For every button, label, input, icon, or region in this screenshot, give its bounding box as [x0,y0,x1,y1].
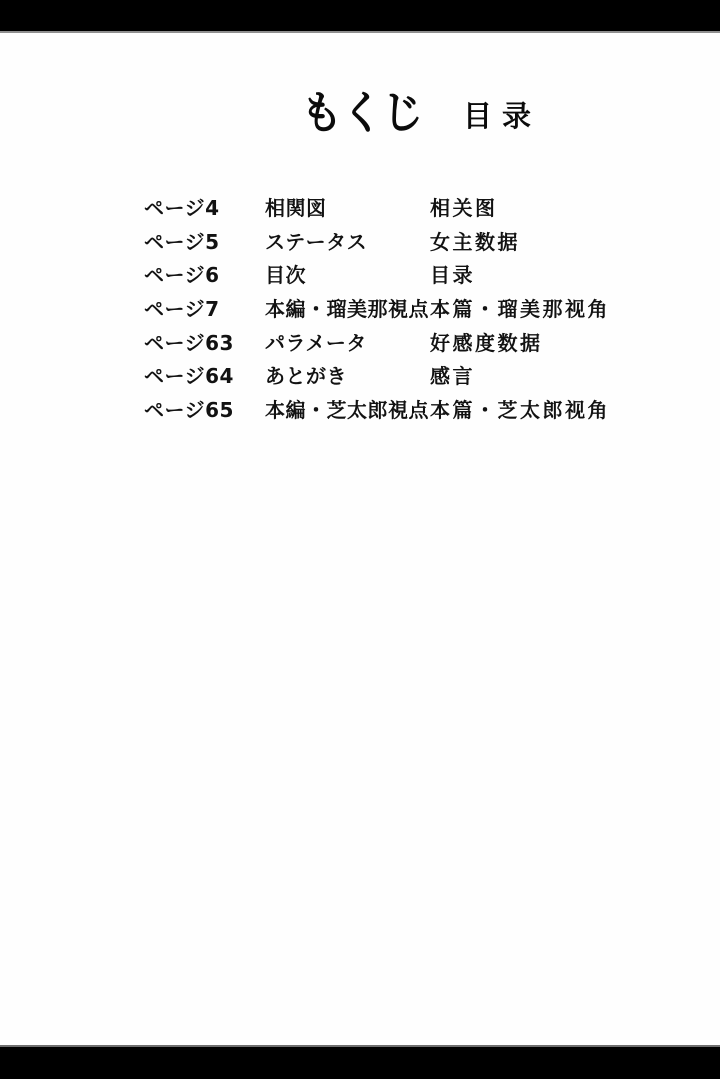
toc-entry-title-cn: 本篇・瑠美那视角 [430,293,614,322]
page-title: もくじ 目录 [301,76,541,141]
toc-entry-title-cn: 女主数据 [430,226,614,255]
toc-entry-title-cn: 目录 [430,259,614,288]
toc-page-number: ページ5 [144,226,265,255]
page-title-japanese: もくじ [301,76,422,141]
toc-page-number: ページ6 [144,259,265,288]
page-title-chinese: 目录 [463,94,541,135]
table-of-contents: ページ4 相関図 相关图 ページ5 ステータス 女主数据 ページ6 目次 目录 … [144,190,614,425]
toc-entry-title-jp: 目次 [265,259,430,288]
scanned-toc-page: もくじ 目录 ページ4 相関図 相关图 ページ5 ステータス 女主数据 ページ6… [0,0,720,1079]
toc-row: ページ7 本編・瑠美那視点 本篇・瑠美那视角 [144,291,614,325]
toc-entry-title-cn: 本篇・芝太郎视角 [430,394,614,423]
toc-entry-title-jp: 相関図 [265,192,430,221]
toc-row: ページ5 ステータス 女主数据 [144,224,614,258]
toc-entry-title-cn: 感言 [430,360,614,389]
letterbox-bar-bottom [0,1045,720,1079]
toc-page-number: ページ63 [144,327,265,356]
toc-entry-title-jp: 本編・芝太郎視点 [265,394,430,423]
toc-page-number: ページ4 [144,192,265,221]
toc-entry-title-cn: 好感度数据 [430,327,614,356]
toc-row: ページ6 目次 目录 [144,257,614,291]
toc-page-number: ページ64 [144,360,265,389]
toc-entry-title-jp: あとがき [265,360,430,389]
toc-entry-title-cn: 相关图 [430,192,614,221]
toc-page-number: ページ7 [144,293,265,322]
toc-entry-title-jp: パラメータ [265,327,430,356]
toc-row: ページ64 あとがき 感言 [144,358,614,392]
letterbox-bar-top [0,0,720,33]
toc-row: ページ4 相関図 相关图 [144,190,614,224]
toc-entry-title-jp: ステータス [265,226,430,255]
toc-page-number: ページ65 [144,394,265,423]
toc-row: ページ65 本編・芝太郎視点 本篇・芝太郎视角 [144,392,614,426]
toc-row: ページ63 パラメータ 好感度数据 [144,324,614,358]
toc-entry-title-jp: 本編・瑠美那視点 [265,293,430,322]
